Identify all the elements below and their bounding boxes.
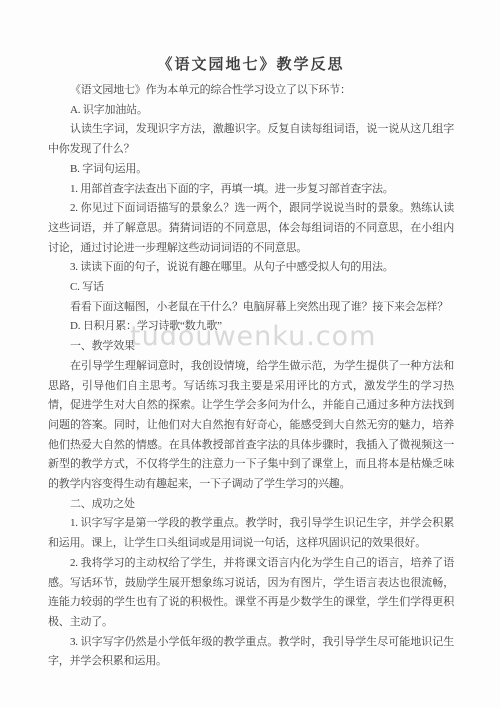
- paragraph-teaching-effect: 在引导学生理解词意时，我创设情境，给学生做示范，为学生提供了一种方法和思路，引导…: [48, 357, 454, 495]
- paragraph-section-d: D. 日积月累：学习诗歌“数九歌”: [48, 317, 454, 337]
- heading-teaching-effect: 一、教学效果: [48, 337, 454, 357]
- page-title: 《语文园地七》教学反思: [48, 55, 454, 75]
- paragraph-intro: 《语文园地七》作为本单元的综合性学习设立了以下环节：: [48, 81, 454, 101]
- paragraph-success-2: 2. 我将学习的主动权给了学生，并将课文语言内化为学生自己的语言，培养了语感。写…: [48, 554, 454, 633]
- paragraph-section-c-detail: 看看下面这幅图，小老鼠在干什么？电脑屏幕上突然出现了谁？接下来会怎样？: [48, 298, 454, 318]
- paragraph-success-3: 3. 识字写字仍然是小学低年级的教学重点。教学时，我引导学生尽可能地识记生字，并…: [48, 633, 454, 672]
- paragraph-b-item-1: 1. 用部首查字法查出下面的字，再填一填。进一步复习部首查字法。: [48, 180, 454, 200]
- paragraph-section-b: B. 字词句运用。: [48, 160, 454, 180]
- heading-successes: 二、成功之处: [48, 495, 454, 515]
- document-page: tudouwenku.com 《语文园地七》教学反思 《语文园地七》作为本单元的…: [0, 0, 500, 708]
- paragraph-b-item-3: 3. 读读下面的句子，说说有趣在哪里。从句子中感受拟人句的用法。: [48, 258, 454, 278]
- paragraph-section-a-detail: 认读生字词，发现识字方法，激趣识字。反复自读每组词语，说一说从这几组字中你发现了…: [48, 120, 454, 159]
- paragraph-section-a: A. 识字加油站。: [48, 101, 454, 121]
- paragraph-section-c: C. 写话: [48, 278, 454, 298]
- paragraph-success-1: 1. 识字写字是第一学段的教学重点。教学时，我引导学生识记生字，并学会积累和运用…: [48, 514, 454, 553]
- paragraph-b-item-2: 2. 你见过下面词语描写的景象么？选一两个，跟同学说说当时的景象。熟练认读这些词…: [48, 199, 454, 258]
- document-body: 《语文园地七》作为本单元的综合性学习设立了以下环节： A. 识字加油站。 认读生…: [48, 81, 454, 672]
